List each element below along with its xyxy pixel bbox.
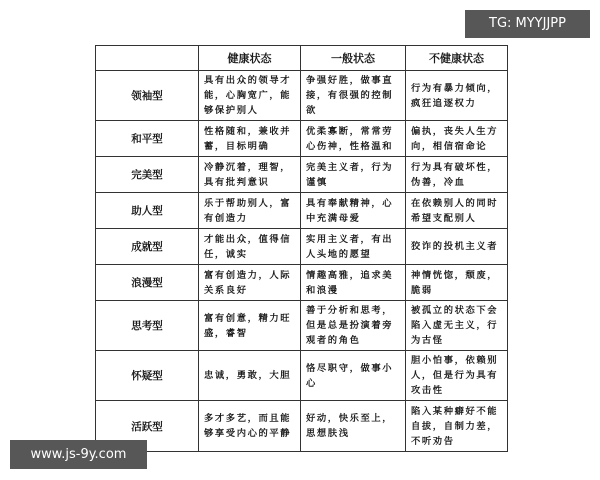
healthy-state-cell: 冷静沉着，理智，具有批判意识: [199, 157, 301, 193]
table-row: 浪漫型富有创造力，人际关系良好情趣高雅，追求美和浪漫神情恍惚，颓废，脆弱: [96, 265, 508, 301]
normal-state-cell: 完美主义者，行为谨慎: [301, 157, 406, 193]
table-header-row: 健康状态 一般状态 不健康状态: [96, 46, 508, 71]
personality-states-table: 健康状态 一般状态 不健康状态 领袖型具有出众的领导才能，心胸宽广，能够保护别人…: [95, 45, 508, 452]
healthy-state-cell: 才能出众，值得信任，诚实: [199, 229, 301, 265]
unhealthy-state-cell: 偏执，丧失人生方向，相信宿命论: [406, 121, 508, 157]
unhealthy-state-cell: 狡诈的投机主义者: [406, 229, 508, 265]
normal-state-cell: 优柔寡断，常常劳心伤神，性格温和: [301, 121, 406, 157]
table-row: 思考型富有创意，精力旺盛，睿智善于分析和思考，但是总是扮演着旁观者的角色被孤立的…: [96, 301, 508, 351]
row-type-label: 助人型: [96, 193, 199, 229]
healthy-state-cell: 多才多艺，而且能够享受内心的平静: [199, 401, 301, 452]
healthy-state-cell: 性格随和，兼收并蓄，目标明确: [199, 121, 301, 157]
unhealthy-state-cell: 陷入某种癖好不能自拔，自制力差，不听劝告: [406, 401, 508, 452]
healthy-state-cell: 乐于帮助别人，富有创造力: [199, 193, 301, 229]
normal-state-cell: 具有奉献精神，心中充满母爱: [301, 193, 406, 229]
watermark-website: www.js-9y.com: [10, 440, 147, 469]
row-type-label: 领袖型: [96, 71, 199, 121]
unhealthy-state-cell: 行为有暴力倾向，疯狂追逐权力: [406, 71, 508, 121]
header-normal: 一般状态: [301, 46, 406, 71]
normal-state-cell: 善于分析和思考，但是总是扮演着旁观者的角色: [301, 301, 406, 351]
header-healthy: 健康状态: [199, 46, 301, 71]
header-type: [96, 46, 199, 71]
normal-state-cell: 实用主义者，有出人头地的愿望: [301, 229, 406, 265]
personality-table-document: 健康状态 一般状态 不健康状态 领袖型具有出众的领导才能，心胸宽广，能够保护别人…: [95, 45, 507, 432]
table-row: 成就型才能出众，值得信任，诚实实用主义者，有出人头地的愿望狡诈的投机主义者: [96, 229, 508, 265]
watermark-telegram: TG: MYYJJPP: [465, 10, 590, 38]
unhealthy-state-cell: 行为具有破坏性，伪善，冷血: [406, 157, 508, 193]
table-row: 完美型冷静沉着，理智，具有批判意识完美主义者，行为谨慎行为具有破坏性，伪善，冷血: [96, 157, 508, 193]
unhealthy-state-cell: 胆小怕事，依赖别人，但是行为具有攻击性: [406, 351, 508, 401]
table-row: 活跃型多才多艺，而且能够享受内心的平静好动，快乐至上，思想肤浅陷入某种癖好不能自…: [96, 401, 508, 452]
normal-state-cell: 恪尽职守，做事小心: [301, 351, 406, 401]
row-type-label: 和平型: [96, 121, 199, 157]
normal-state-cell: 争强好胜，做事直接，有很强的控制欲: [301, 71, 406, 121]
unhealthy-state-cell: 被孤立的状态下会陷入虚无主义，行为古怪: [406, 301, 508, 351]
table-row: 助人型乐于帮助别人，富有创造力具有奉献精神，心中充满母爱在依赖别人的同时希望支配…: [96, 193, 508, 229]
normal-state-cell: 情趣高雅，追求美和浪漫: [301, 265, 406, 301]
table-row: 怀疑型忠诚，勇敢，大胆恪尽职守，做事小心胆小怕事，依赖别人，但是行为具有攻击性: [96, 351, 508, 401]
row-type-label: 成就型: [96, 229, 199, 265]
header-unhealthy: 不健康状态: [406, 46, 508, 71]
row-type-label: 怀疑型: [96, 351, 199, 401]
healthy-state-cell: 具有出众的领导才能，心胸宽广，能够保护别人: [199, 71, 301, 121]
row-type-label: 思考型: [96, 301, 199, 351]
table-row: 领袖型具有出众的领导才能，心胸宽广，能够保护别人争强好胜，做事直接，有很强的控制…: [96, 71, 508, 121]
healthy-state-cell: 富有创造力，人际关系良好: [199, 265, 301, 301]
healthy-state-cell: 忠诚，勇敢，大胆: [199, 351, 301, 401]
unhealthy-state-cell: 在依赖别人的同时希望支配别人: [406, 193, 508, 229]
unhealthy-state-cell: 神情恍惚，颓废，脆弱: [406, 265, 508, 301]
row-type-label: 完美型: [96, 157, 199, 193]
healthy-state-cell: 富有创意，精力旺盛，睿智: [199, 301, 301, 351]
table-row: 和平型性格随和，兼收并蓄，目标明确优柔寡断，常常劳心伤神，性格温和偏执，丧失人生…: [96, 121, 508, 157]
row-type-label: 浪漫型: [96, 265, 199, 301]
normal-state-cell: 好动，快乐至上，思想肤浅: [301, 401, 406, 452]
